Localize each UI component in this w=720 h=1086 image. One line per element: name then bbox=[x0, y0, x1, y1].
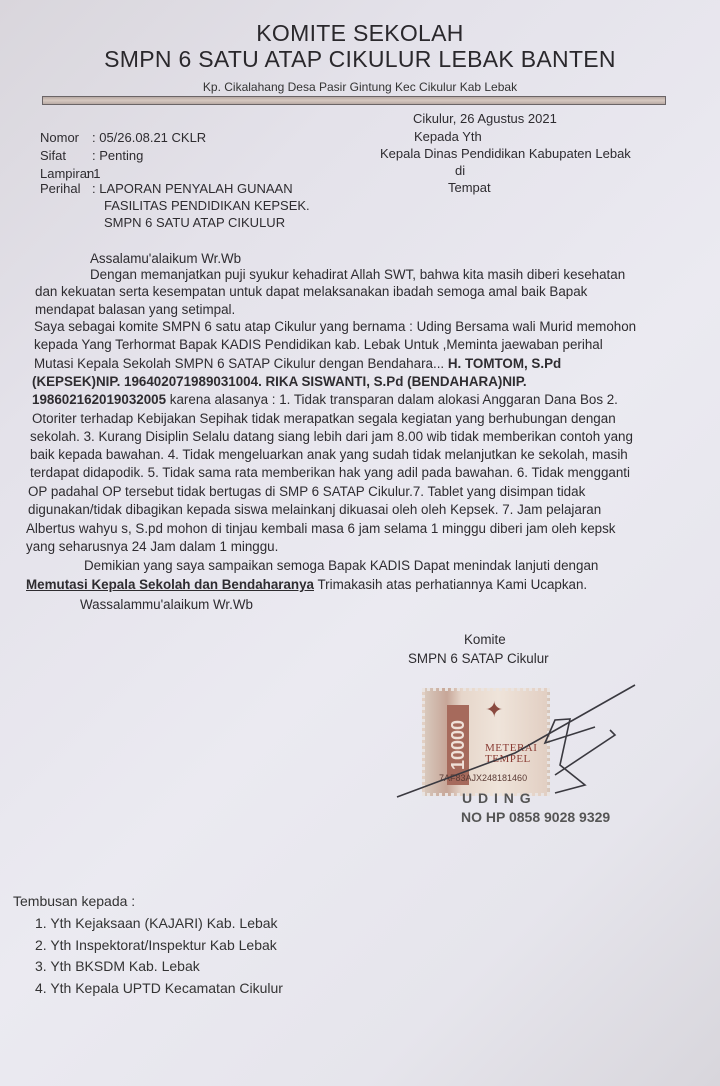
para1-line2: dan kekuatan serta kesempatan untuk dapa… bbox=[35, 283, 685, 301]
para2-line5: 198602162019032005 karena alasanya : 1. … bbox=[32, 391, 682, 409]
perihal-value-1: : LAPORAN PENYALAH GUNAAN bbox=[92, 180, 293, 197]
header-divider bbox=[42, 96, 666, 105]
letterhead-address: Kp. Cikalahang Desa Pasir Gintung Kec Ci… bbox=[0, 80, 720, 94]
para2-line13: yang seharusnya 24 Jam dalam 1 minggu. bbox=[26, 538, 676, 556]
closing-thanks: Trimakasih atas perhatiannya Kami Ucapka… bbox=[314, 577, 587, 592]
recipient-line1: Kepada Yth bbox=[414, 128, 482, 145]
para2-line4: (KEPSEK)NIP. 196402071989031004. RIKA SI… bbox=[32, 373, 682, 391]
signer-phone: NO HP 0858 9028 9329 bbox=[461, 809, 610, 825]
closing-line1: Demikian yang saya sampaikan semoga Bapa… bbox=[84, 557, 720, 575]
farewell: Wassalammu'alaikum Wr.Wb bbox=[80, 596, 720, 614]
perihal-value-2: FASILITAS PENDIDIKAN KEPSEK. bbox=[104, 197, 310, 214]
closing-emphasis: Memutasi Kepala Sekolah dan Bendaharanya bbox=[26, 577, 314, 592]
para2-line6: Otoriter terhadap Kebijakan Sepihak tida… bbox=[32, 410, 682, 428]
para2-line12: Albertus wahyu s, S.pd mohon di tinjau k… bbox=[26, 520, 676, 538]
cc-item: 4. Yth Kepala UPTD Kecamatan Cikulur bbox=[35, 978, 283, 1000]
letterhead-org: KOMITE SEKOLAH bbox=[0, 20, 720, 47]
recipient-line3: di bbox=[455, 162, 465, 179]
para2-line7: sekolah. 3. Kurang Disiplin Selalu datan… bbox=[30, 428, 680, 446]
para1-line1: Dengan memanjatkan puji syukur kehadirat… bbox=[90, 266, 720, 284]
para2-line8: baik kepada bawahan. 4. Tidak mengeluark… bbox=[30, 446, 680, 464]
nomor-value: : 05/26.08.21 CKLR bbox=[92, 129, 206, 146]
para2-line5-text: karena alasanya : 1. Tidak transparan da… bbox=[166, 392, 618, 407]
sifat-value: : Penting bbox=[92, 147, 143, 164]
nomor-label: Nomor bbox=[40, 129, 79, 146]
cc-list: 1. Yth Kejaksaan (KAJARI) Kab. Lebak 2. … bbox=[35, 913, 283, 999]
para2-line3: Mutasi Kepala Sekolah SMPN 6 SATAP Cikul… bbox=[34, 355, 684, 373]
recipient-line2: Kepala Dinas Pendidikan Kabupaten Lebak bbox=[380, 145, 631, 162]
perihal-value-3: SMPN 6 SATU ATAP CIKULUR bbox=[104, 214, 285, 231]
kepsek-name: H. TOMTOM, S.Pd bbox=[448, 356, 561, 371]
para2-line9: terdapat didapodik. 5. Tidak sama rata m… bbox=[30, 464, 680, 482]
signature-scribble bbox=[395, 675, 655, 805]
para2-line10: OP padahal OP tersebut tidak bertugas di… bbox=[28, 483, 678, 501]
para2-line3-text: Mutasi Kepala Sekolah SMPN 6 SATAP Cikul… bbox=[34, 356, 448, 371]
signer-name: U D I N G bbox=[462, 790, 532, 806]
cc-item: 3. Yth BKSDM Kab. Lebak bbox=[35, 956, 283, 978]
recipient-line4: Tempat bbox=[448, 179, 491, 196]
signature-title2: SMPN 6 SATAP Cikulur bbox=[408, 651, 549, 666]
letter-date: Cikulur, 26 Agustus 2021 bbox=[413, 110, 557, 127]
bendahara-nip: 198602162019032005 bbox=[32, 392, 166, 407]
para2-line2: kepada Yang Terhormat Bapak KADIS Pendid… bbox=[34, 336, 684, 354]
letterhead-school: SMPN 6 SATU ATAP CIKULUR LEBAK BANTEN bbox=[0, 46, 720, 73]
cc-heading: Tembusan kepada : bbox=[13, 893, 135, 909]
para2-line1: Saya sebagai komite SMPN 6 satu atap Cik… bbox=[34, 318, 684, 336]
closing-line2: Memutasi Kepala Sekolah dan Bendaharanya… bbox=[26, 576, 706, 594]
para1-line3: mendapat balasan yang setimpal. bbox=[35, 301, 685, 319]
signature-title1: Komite bbox=[464, 632, 506, 647]
para2-line11: digunakan/tidak dibagikan kepada siswa m… bbox=[28, 501, 678, 519]
perihal-label: Perihal bbox=[40, 180, 80, 197]
cc-item: 1. Yth Kejaksaan (KAJARI) Kab. Lebak bbox=[35, 913, 283, 935]
greeting: Assalamu'alaikum Wr.Wb bbox=[90, 250, 720, 268]
cc-item: 2. Yth Inspektorat/Inspektur Kab Lebak bbox=[35, 935, 283, 957]
sifat-label: Sifat bbox=[40, 147, 66, 164]
